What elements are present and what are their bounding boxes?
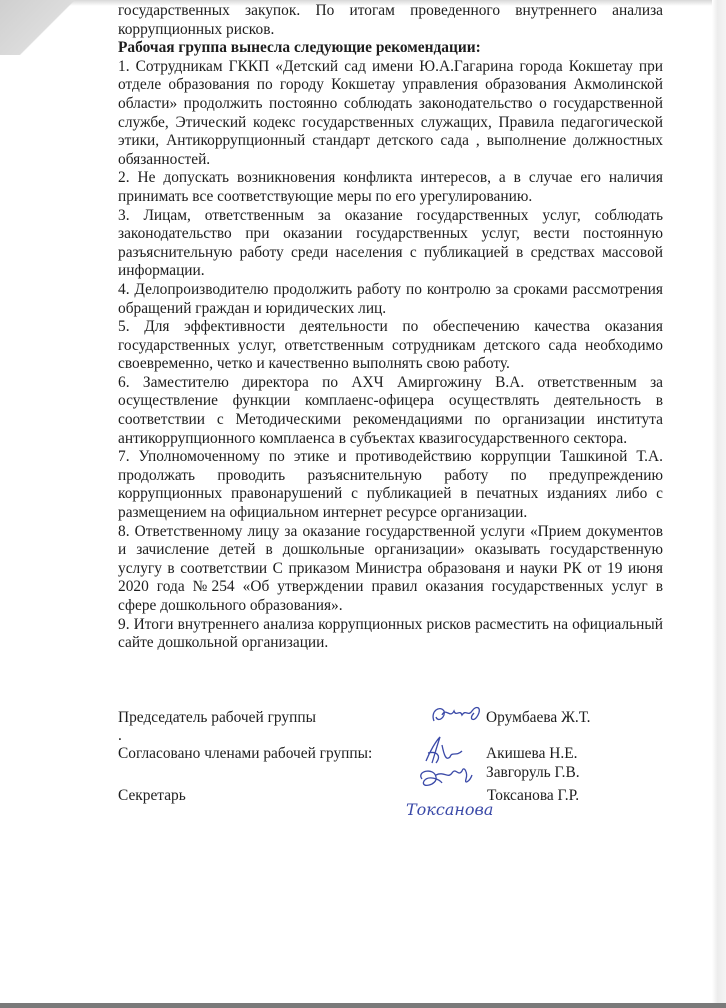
member-name-2: Завгоруль Г.В. xyxy=(486,764,580,782)
folded-corner xyxy=(0,0,80,55)
recommendation-6: 6. Заместителю директора по АХЧ Амиргожи… xyxy=(118,374,663,448)
recommendation-8: 8. Ответственному лицу за оказание госуд… xyxy=(118,523,663,616)
recommendation-4: 4. Делопроизводителю продолжить работу п… xyxy=(118,281,663,318)
chair-label: Председатель рабочей группы xyxy=(118,709,316,727)
secretary-name: Токсанова Г.Р. xyxy=(487,787,579,805)
chair-signature-icon xyxy=(428,701,488,731)
scan-bottom-edge xyxy=(0,1003,726,1008)
recommendation-5: 5. Для эффективности деятельности по обе… xyxy=(118,318,663,374)
intro-paragraph: государственных закупок. По итогам прове… xyxy=(118,2,663,39)
secretary-label: Секретарь xyxy=(118,787,186,805)
members-label: Согласовано членами рабочей группы: xyxy=(118,745,372,763)
recommendation-3: 3. Лицам, ответственным за оказание госу… xyxy=(118,207,663,281)
recommendation-9: 9. Итоги внутреннего анализа коррупционн… xyxy=(118,616,663,653)
recommendation-2: 2. Не допускать возникновения конфликта … xyxy=(118,169,663,206)
recommendations-heading: Рабочая группа вынесла следующие рекомен… xyxy=(118,39,663,58)
member-name-1: Акишева Н.Е. xyxy=(486,745,577,763)
secretary-handwritten-name: Токсанова xyxy=(406,800,493,819)
members-signature-icon: Токсанова xyxy=(406,731,496,821)
recommendation-1: 1. Сотрудникам ГККП «Детский сад имени Ю… xyxy=(118,58,663,170)
scan-right-edge xyxy=(712,0,726,1008)
document-body: государственных закупок. По итогам прове… xyxy=(118,2,663,653)
recommendation-7: 7. Уполномоченному по этике и противодей… xyxy=(118,448,663,522)
chair-name: Орумбаева Ж.Т. xyxy=(486,709,590,727)
stray-dot: . xyxy=(118,727,122,745)
